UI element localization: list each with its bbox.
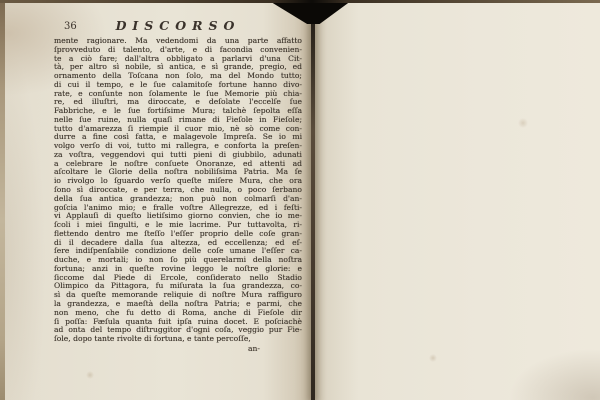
book-top-edge <box>0 0 600 3</box>
text-line: ſole, dopo tante rivolte di fortuna, e t… <box>54 335 302 344</box>
book-gutter-shadow <box>311 16 315 400</box>
left-page: 36 DISCORSO mente ragionare. Ma vedendom… <box>0 3 313 400</box>
page-edge-left <box>0 0 5 400</box>
left-page-header: 36 DISCORSO <box>54 18 302 33</box>
book-photo: 36 DISCORSO mente ragionare. Ma vedendom… <box>0 0 600 400</box>
catchword-left: an- <box>54 344 302 353</box>
left-page-text-block: mente ragionare. Ma vedendomi da una par… <box>54 37 302 344</box>
running-title-left: DISCORSO <box>54 18 302 33</box>
right-page: TERZO. 37 ancor viva, ed in piedi, e di … <box>313 3 600 400</box>
page-number-left: 36 <box>64 20 77 33</box>
